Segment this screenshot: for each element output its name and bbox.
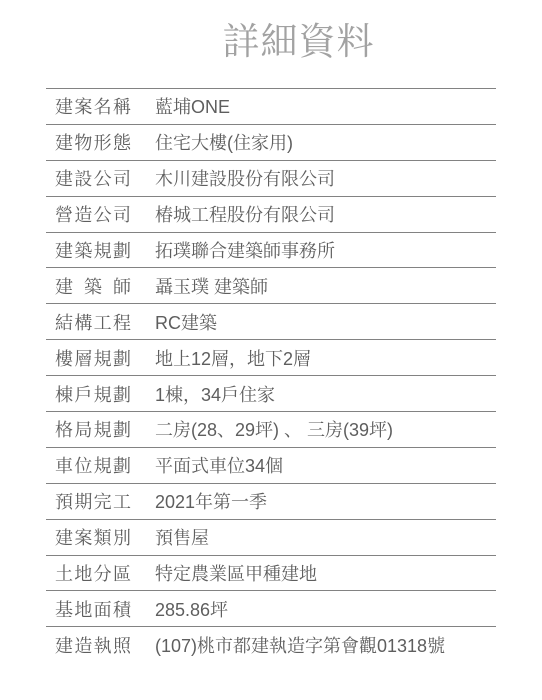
- row-label: 基地面積: [55, 596, 131, 622]
- row-value: (107)桃市都建執造字第會觀01318號: [155, 632, 445, 658]
- row-label: 車位規劃: [55, 452, 131, 478]
- row-label: 預期完工: [55, 488, 131, 514]
- row-value: 預售屋: [155, 524, 209, 550]
- row-value: 木川建設股份有限公司: [155, 165, 335, 191]
- row-value: 285.86坪: [155, 596, 228, 622]
- page-header: 詳細資料: [0, 0, 542, 88]
- row-label: 建案名稱: [55, 93, 131, 119]
- table-row: 預期完工 2021年第一季: [46, 483, 496, 519]
- row-label: 建築規劃: [55, 237, 131, 263]
- row-value: 聶玉璞 建築師: [155, 273, 268, 299]
- table-row: 建物形態 住宅大樓(住家用): [46, 124, 496, 160]
- table-row: 棟戶規劃 1棟，34戶住家: [46, 375, 496, 411]
- table-row: 土地分區 特定農業區甲種建地: [46, 555, 496, 591]
- row-label: 格局規劃: [55, 416, 131, 442]
- row-value: 住宅大樓(住家用): [155, 129, 293, 155]
- table-row: 車位規劃 平面式車位34個: [46, 447, 496, 483]
- table-row: 建設公司 木川建設股份有限公司: [46, 160, 496, 196]
- table-row: 建築師 聶玉璞 建築師: [46, 267, 496, 303]
- row-value: 特定農業區甲種建地: [155, 560, 317, 586]
- row-label: 建案類別: [55, 524, 131, 550]
- row-value: 地上12層，地下2層: [155, 345, 311, 371]
- row-value: 2021年第一季: [155, 488, 267, 514]
- table-row: 格局規劃 二房(28、29坪) 、 三房(39坪): [46, 411, 496, 447]
- row-value: 椿城工程股份有限公司: [155, 201, 335, 227]
- row-label: 建築師: [55, 273, 131, 299]
- table-row: 建案名稱 藍埔ONE: [46, 88, 496, 124]
- row-label: 建物形態: [55, 129, 131, 155]
- row-value: 平面式車位34個: [155, 452, 283, 478]
- row-value: RC建築: [155, 309, 217, 335]
- table-row: 建造執照 (107)桃市都建執造字第會觀01318號: [46, 626, 496, 662]
- table-row: 建築規劃 拓璞聯合建築師事務所: [46, 232, 496, 268]
- row-value: 1棟，34戶住家: [155, 381, 275, 407]
- table-row: 建案類別 預售屋: [46, 519, 496, 555]
- row-label: 建造執照: [55, 632, 131, 658]
- row-value: 二房(28、29坪) 、 三房(39坪): [155, 416, 393, 442]
- row-label: 樓層規劃: [55, 345, 131, 371]
- details-table: 建案名稱 藍埔ONE 建物形態 住宅大樓(住家用) 建設公司 木川建設股份有限公…: [46, 88, 496, 662]
- row-label: 建設公司: [55, 165, 131, 191]
- row-label: 棟戶規劃: [55, 381, 131, 407]
- table-row: 樓層規劃 地上12層，地下2層: [46, 339, 496, 375]
- row-label: 土地分區: [55, 560, 131, 586]
- row-label: 營造公司: [55, 201, 131, 227]
- table-row: 結構工程 RC建築: [46, 303, 496, 339]
- row-label: 結構工程: [55, 309, 131, 335]
- row-value: 藍埔ONE: [155, 93, 230, 119]
- table-row: 基地面積 285.86坪: [46, 590, 496, 626]
- row-value: 拓璞聯合建築師事務所: [155, 237, 335, 263]
- page-title: 詳細資料: [55, 23, 542, 62]
- table-row: 營造公司 椿城工程股份有限公司: [46, 196, 496, 232]
